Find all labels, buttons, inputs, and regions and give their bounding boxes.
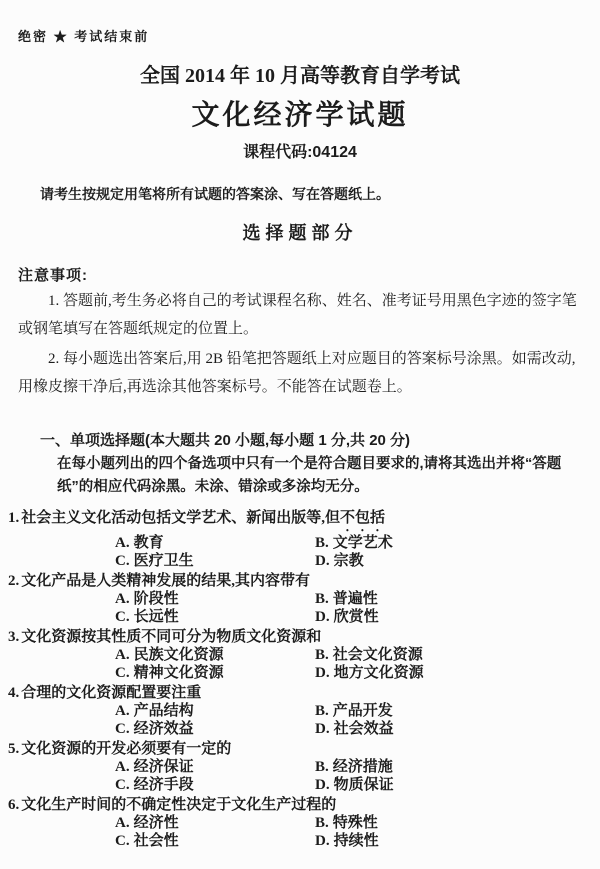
option-d: D.持续性: [315, 833, 590, 851]
option-grid: A.经济性 B.特殊性 C.社会性 D.持续性: [8, 815, 590, 850]
option-grid: A.阶段性 B.普遍性 C.长远性 D.欣赏性: [8, 591, 590, 626]
option-label: A.: [115, 759, 130, 775]
option-a: A.产品结构: [115, 703, 315, 721]
option-c: C.医疗卫生: [115, 553, 315, 571]
option-label: D.: [315, 553, 330, 569]
notes-heading: 注意事项:: [18, 264, 600, 285]
option-label: D.: [315, 721, 330, 737]
option-d: D.地方文化资源: [315, 665, 590, 683]
option-text: 持续性: [334, 833, 379, 849]
question-stem: 4.合理的文化资源配置要注重: [8, 684, 590, 703]
option-label: A.: [115, 647, 130, 663]
question-stem: 3.文化资源按其性质不同可分为物质文化资源和: [8, 628, 590, 647]
option-label: D.: [315, 609, 330, 625]
option-a: A.教育: [115, 535, 315, 553]
option-label: A.: [115, 703, 130, 719]
option-text: 经济效益: [134, 721, 194, 737]
option-text: 物质保证: [334, 777, 394, 793]
exam-title: 全国 2014 年 10 月高等教育自学考试: [0, 59, 600, 88]
question-stem: 2.文化产品是人类精神发展的结果,其内容带有: [8, 572, 590, 591]
question-4: 4.合理的文化资源配置要注重 A.产品结构 B.产品开发 C.经济效益 D.社会…: [8, 684, 590, 738]
option-b: B.特殊性: [315, 815, 590, 833]
option-text: 民族文化资源: [134, 647, 224, 663]
option-label: A.: [115, 591, 130, 607]
note-item-1: 1. 答题前,考生务必将自己的考试课程名称、姓名、准考证号用黑色字迹的签字笔或钢…: [18, 287, 580, 343]
option-d: D.社会效益: [315, 721, 590, 739]
option-text: 长远性: [134, 609, 179, 625]
question-number: 2.: [8, 573, 19, 589]
option-text: 医疗卫生: [134, 553, 194, 569]
option-label: D.: [315, 833, 330, 849]
question-3: 3.文化资源按其性质不同可分为物质文化资源和 A.民族文化资源 B.社会文化资源…: [8, 628, 590, 682]
option-text: 社会文化资源: [333, 647, 423, 663]
course-code: 课程代码:04124: [0, 139, 600, 162]
option-text: 特殊性: [333, 815, 378, 831]
option-label: C.: [115, 777, 130, 793]
question-number: 3.: [8, 629, 19, 645]
option-b: B.经济措施: [315, 759, 590, 777]
question-5: 5.文化资源的开发必须要有一定的 A.经济保证 B.经济措施 C.经济手段 D.…: [8, 740, 590, 794]
option-text: 经济措施: [333, 759, 393, 775]
option-text: 地方文化资源: [334, 665, 424, 681]
option-label: A.: [115, 815, 130, 831]
option-grid: A.经济保证 B.经济措施 C.经济手段 D.物质保证: [8, 759, 590, 794]
option-a: A.经济性: [115, 815, 315, 833]
section-header: 选择题部分: [0, 219, 600, 245]
section-one-title: 一、单项选择题(本大题共 20 小题,每小题 1 分,共 20 分): [40, 429, 600, 450]
question-number: 5.: [8, 741, 19, 757]
option-label: A.: [115, 535, 130, 551]
option-text: 社会效益: [334, 721, 394, 737]
answer-sheet-instruction: 请考生按规定用笔将所有试题的答案涂、写在答题纸上。: [40, 184, 582, 204]
option-d: D.宗教: [315, 553, 590, 571]
option-text: 社会性: [134, 833, 179, 849]
option-text: 产品开发: [333, 703, 393, 719]
question-stem-text: 社会主义文化活动包括文学艺术、新闻出版等,但: [21, 510, 340, 526]
question-list: 1.社会主义文化活动包括文学艺术、新闻出版等,但不包括 A.教育 B.文学艺术 …: [8, 509, 590, 850]
question-stem-emphasis: 不包括: [340, 510, 385, 526]
question-number: 4.: [8, 685, 19, 701]
section-one-description: 在每小题列出的四个备选项中只有一个是符合题目要求的,请将其选出并将“答题纸”的相…: [57, 453, 586, 499]
option-text: 精神文化资源: [134, 665, 224, 681]
option-text: 经济性: [134, 815, 179, 831]
option-b: B.产品开发: [315, 703, 590, 721]
question-6: 6.文化生产时间的不确定性决定于文化生产过程的 A.经济性 B.特殊性 C.社会…: [8, 796, 590, 850]
option-text: 阶段性: [134, 591, 179, 607]
option-label: B.: [315, 815, 329, 831]
question-stem-text: 合理的文化资源配置要注重: [21, 685, 201, 701]
question-number: 6.: [8, 797, 19, 813]
option-text: 文学艺术: [333, 535, 393, 551]
option-label: B.: [315, 591, 329, 607]
exam-paper-page: 绝密 ★ 考试结束前 全国 2014 年 10 月高等教育自学考试 文化经济学试…: [0, 0, 600, 869]
option-text: 欣赏性: [334, 609, 379, 625]
security-classification: 绝密 ★ 考试结束前: [18, 26, 600, 45]
paper-title: 文化经济学试题: [0, 93, 600, 133]
option-b: B.社会文化资源: [315, 647, 590, 665]
option-c: C.经济效益: [115, 721, 315, 739]
option-grid: A.教育 B.文学艺术 C.医疗卫生 D.宗教: [8, 535, 590, 570]
option-label: D.: [315, 777, 330, 793]
option-text: 普遍性: [333, 591, 378, 607]
option-c: C.社会性: [115, 833, 315, 851]
option-b: B.普遍性: [315, 591, 590, 609]
option-a: A.民族文化资源: [115, 647, 315, 665]
option-text: 经济手段: [134, 777, 194, 793]
option-label: D.: [315, 665, 330, 681]
option-label: C.: [115, 721, 130, 737]
question-stem-text: 文化生产时间的不确定性决定于文化生产过程的: [21, 797, 336, 813]
question-stem: 6.文化生产时间的不确定性决定于文化生产过程的: [8, 796, 590, 815]
question-stem-text: 文化产品是人类精神发展的结果,其内容带有: [21, 573, 310, 589]
option-c: C.长远性: [115, 609, 315, 627]
question-stem: 1.社会主义文化活动包括文学艺术、新闻出版等,但不包括: [8, 509, 590, 535]
note-item-2: 2. 每小题选出答案后,用 2B 铅笔把答题纸上对应题目的答案标号涂黑。如需改动…: [18, 345, 580, 401]
question-stem: 5.文化资源的开发必须要有一定的: [8, 740, 590, 759]
option-text: 教育: [134, 535, 164, 551]
option-label: B.: [315, 647, 329, 663]
option-a: A.经济保证: [115, 759, 315, 777]
question-stem-text: 文化资源的开发必须要有一定的: [21, 741, 231, 757]
option-label: B.: [315, 535, 329, 551]
option-text: 产品结构: [134, 703, 194, 719]
question-2: 2.文化产品是人类精神发展的结果,其内容带有 A.阶段性 B.普遍性 C.长远性…: [8, 572, 590, 626]
option-a: A.阶段性: [115, 591, 315, 609]
option-label: C.: [115, 553, 130, 569]
question-1: 1.社会主义文化活动包括文学艺术、新闻出版等,但不包括 A.教育 B.文学艺术 …: [8, 509, 590, 570]
option-grid: A.产品结构 B.产品开发 C.经济效益 D.社会效益: [8, 703, 590, 738]
option-label: B.: [315, 703, 329, 719]
option-label: C.: [115, 609, 130, 625]
option-b: B.文学艺术: [315, 535, 590, 553]
option-text: 宗教: [334, 553, 364, 569]
option-d: D.欣赏性: [315, 609, 590, 627]
option-label: C.: [115, 833, 130, 849]
option-c: C.经济手段: [115, 777, 315, 795]
option-grid: A.民族文化资源 B.社会文化资源 C.精神文化资源 D.地方文化资源: [8, 647, 590, 682]
question-stem-text: 文化资源按其性质不同可分为物质文化资源和: [21, 629, 321, 645]
option-d: D.物质保证: [315, 777, 590, 795]
option-label: C.: [115, 665, 130, 681]
option-text: 经济保证: [134, 759, 194, 775]
option-label: B.: [315, 759, 329, 775]
option-c: C.精神文化资源: [115, 665, 315, 683]
question-number: 1.: [8, 510, 19, 526]
